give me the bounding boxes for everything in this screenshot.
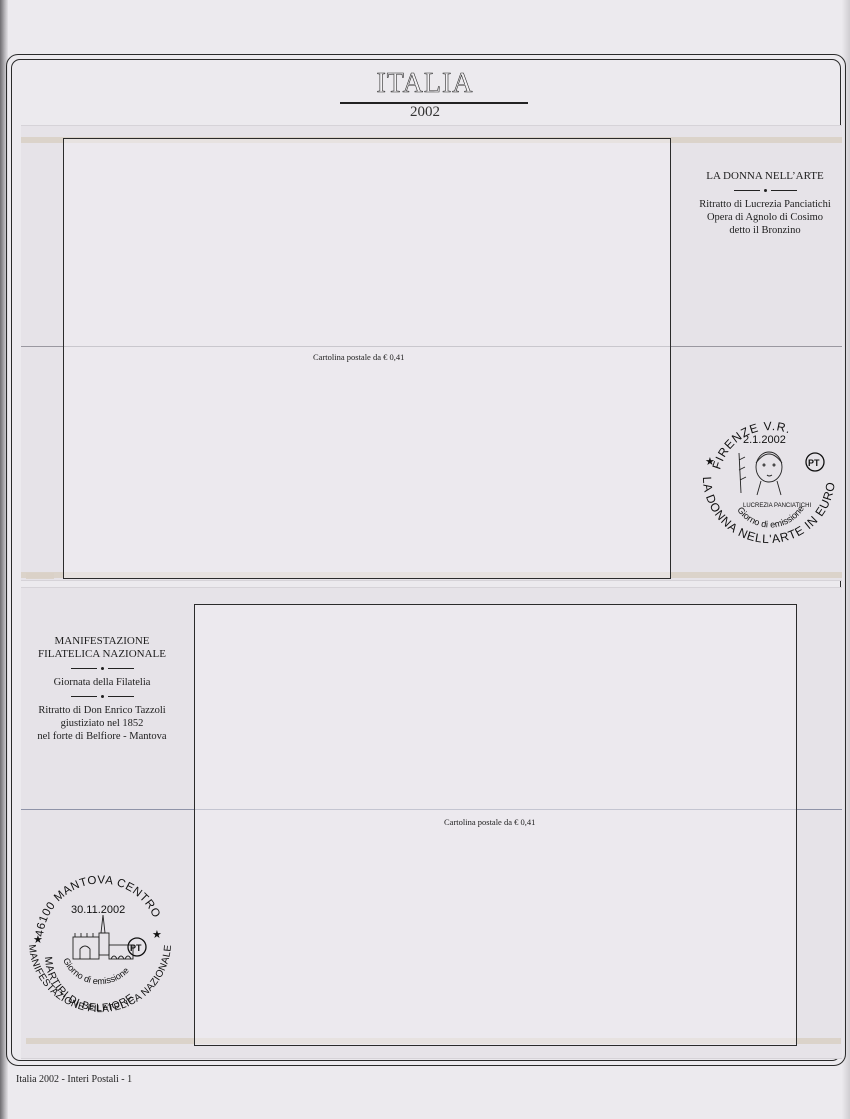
star-icon: ★ <box>152 929 162 941</box>
caption-2-heading-2: FILATELICA NAZIONALE <box>22 648 182 661</box>
caption-2-line-3: nel forte di Belfiore - Mantova <box>22 730 182 743</box>
caption-1-line-2: Opera di Agnolo di Cosimo <box>690 211 840 224</box>
svg-text:Giorno di emissione: Giorno di emissione <box>61 956 131 986</box>
star-icon: ★ <box>33 934 43 946</box>
postmark-2-date: 30.11.2002 <box>71 904 125 916</box>
caption-2-line-2: giustiziato nel 1852 <box>22 717 182 730</box>
castle-icon <box>73 915 133 959</box>
svg-text:PT: PT <box>130 943 142 953</box>
ornament-divider <box>22 695 182 698</box>
pt-badge-icon: PT <box>128 938 146 956</box>
card-label-1: Cartolina postale da € 0,41 <box>313 352 404 362</box>
caption-2: MANIFESTAZIONE FILATELICA NAZIONALE Gior… <box>22 635 182 743</box>
ornament-divider <box>690 189 840 192</box>
caption-1-line-3: detto il Bronzino <box>690 224 840 237</box>
caption-1: LA DONNA NELL’ARTE Ritratto di Lucrezia … <box>690 170 840 237</box>
postmark-mantova: 46100 MANTOVA CENTRO 30.11.2002 ★ ★ PT G… <box>25 875 175 1025</box>
postmark-1-date: 2.1.2002 <box>743 434 786 446</box>
caption-1-heading: LA DONNA NELL’ARTE <box>690 170 840 183</box>
star-icon: ★ <box>705 456 715 468</box>
page-year: 2002 <box>0 104 850 121</box>
caption-2-subtitle: Giornata della Filatelia <box>22 676 182 689</box>
pt-badge-icon: PT <box>806 453 824 471</box>
postmark-1-bottom-arc: LA DONNA NELL'ARTE IN EURO <box>700 476 838 546</box>
postmark-2-inner-arc: Giorno di emissione <box>61 956 131 986</box>
page-footer: Italia 2002 - Interi Postali - 1 <box>16 1074 132 1085</box>
postmark-firenze: FIRENZE V.R. 2.1.2002 ★ LUCREZIA PANCIAT… <box>695 415 845 555</box>
portrait-icon <box>739 452 782 495</box>
caption-2-heading-1: MANIFESTAZIONE <box>22 635 182 648</box>
ornament-divider <box>22 667 182 670</box>
svg-text:LA DONNA NELL'ARTE IN EURO: LA DONNA NELL'ARTE IN EURO <box>700 476 838 546</box>
mount-tape-fragment <box>26 573 54 579</box>
svg-text:PT: PT <box>808 458 820 468</box>
caption-2-line-1: Ritratto di Don Enrico Tazzoli <box>22 704 182 717</box>
card-label-2: Cartolina postale da € 0,41 <box>444 817 535 827</box>
page-title: ITALIA <box>0 68 850 100</box>
caption-1-line-1: Ritratto di Lucrezia Panciatichi <box>690 198 840 211</box>
